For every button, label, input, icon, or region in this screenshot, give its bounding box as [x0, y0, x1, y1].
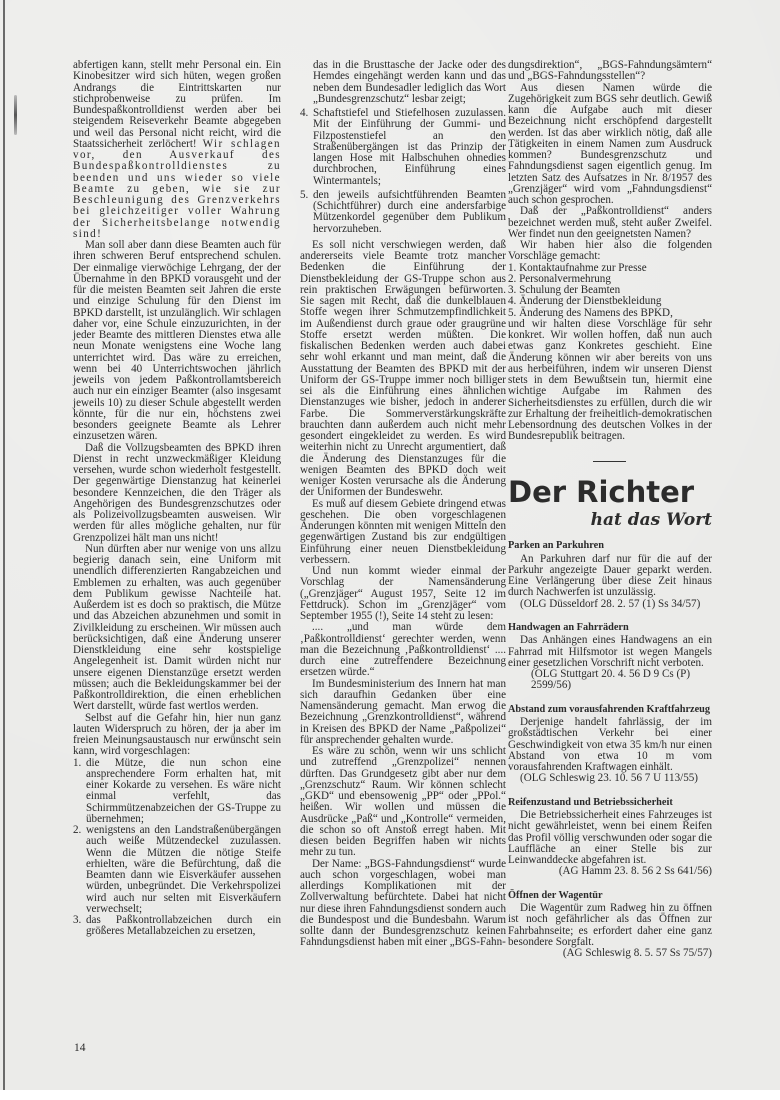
- left-column: abfertigen kann, stellt mehr Personal ei…: [73, 60, 281, 938]
- list-item: 2.wenigstens an den Landstraßenübergänge…: [73, 825, 281, 915]
- list-text: das in die Brusttasche der Jacke oder de…: [313, 59, 506, 105]
- summary-item: 4. Änderung der Dienstbekleidung: [508, 296, 712, 307]
- case-heading: Parken an Parkuhren: [508, 540, 712, 552]
- list-text: die Mütze, die nun schon eine ansprechen…: [86, 757, 281, 825]
- middle-column: das in die Brusttasche der Jacke oder de…: [300, 60, 506, 949]
- list-item: 1.die Mütze, die nun schon eine ansprech…: [73, 758, 281, 826]
- proposal-list-continued: das in die Brusttasche der Jacke oder de…: [300, 60, 506, 235]
- list-text: den jeweils aufsichtführenden Beamten (S…: [313, 189, 506, 235]
- paragraph: Selbst auf die Gefahr hin, hier nun ganz…: [73, 713, 281, 758]
- paragraph: Der Name: „BGS-Fahndungsdienst“ wurde au…: [300, 859, 506, 949]
- section-title: Der Richter: [508, 476, 712, 508]
- paragraph: dungsdirektion“, „BGS-Fahndungsämtern“ u…: [508, 60, 712, 83]
- paragraph: Es soll nicht verschwiegen werden, daß a…: [300, 240, 506, 499]
- list-text: das Paßkontrollabzeichen durch ein größe…: [86, 914, 281, 937]
- case-citation: (OLG Stuttgart 20. 4. 56 D 9 Cs (P) 2599…: [508, 669, 712, 692]
- court-case: Abstand zum vorausfahrenden Kraftfahrzeu…: [508, 704, 712, 785]
- list-text: wenigstens an den Landstraßenübergängen …: [86, 824, 281, 915]
- list-number: 3.: [73, 915, 81, 926]
- section-divider: [593, 461, 626, 463]
- emphasized-demand: Wir schlagen vor, den Ausverkauf des Bun…: [73, 138, 281, 240]
- case-text: An Parkuhren darf nur für die auf der Pa…: [508, 554, 712, 599]
- case-citation: (AG Hamm 23. 8. 56 2 Ss 641/56): [508, 866, 712, 877]
- paragraph: Wir haben hier also die folgenden Vorsch…: [508, 240, 712, 263]
- page-number: 14: [74, 1042, 86, 1054]
- list-number: 2.: [73, 825, 81, 836]
- page-binding-edge: [3, 0, 5, 1090]
- case-text: Die Betriebssicherheit eines Fahrzeuges …: [508, 810, 712, 866]
- case-text: Das Anhängen eines Handwagens an ein Fah…: [508, 635, 712, 669]
- paragraph: Daß der „Paßkontrolldienst“ anders bezei…: [508, 206, 712, 240]
- paragraph: Im Bundesministerium des Innern hat man …: [300, 679, 506, 747]
- case-citation: (OLG Schleswig 23. 10. 56 7 U 113/55): [508, 773, 712, 784]
- court-case: Handwagen an Fahrrädern Das Anhängen ein…: [508, 622, 712, 692]
- list-item-continued: das in die Brusttasche der Jacke oder de…: [300, 60, 506, 105]
- list-item: 5.den jeweils aufsichtführenden Beamten …: [300, 190, 506, 235]
- list-number: 1.: [73, 758, 81, 769]
- paragraph: Man soll aber dann diese Beamten auch fü…: [73, 240, 281, 443]
- paragraph: Aus diesen Namen würde die Zugehörigkeit…: [508, 83, 712, 207]
- section-subtitle: hat das Wort: [508, 510, 712, 530]
- case-text: Derjenige handelt fahrlässig, der im gro…: [508, 717, 712, 773]
- paragraph: und wir halten diese Vorschläge für sehr…: [508, 319, 712, 443]
- paragraph-text: abfertigen kann, stellt mehr Personal ei…: [73, 59, 281, 150]
- case-heading: Reifenzustand und Betriebssicherheit: [508, 797, 712, 809]
- court-case: Reifenzustand und Betriebssicherheit Die…: [508, 797, 712, 878]
- list-item: 3.das Paßkontrollabzeichen durch ein grö…: [73, 915, 281, 938]
- paragraph: Es muß auf diesem Gebiete dringend etwas…: [300, 499, 506, 567]
- case-heading: Handwagen an Fahrrädern: [508, 622, 712, 634]
- case-citation: (OLG Düsseldorf 28. 2. 57 (1) Ss 34/57): [508, 599, 712, 610]
- margin-pencil-mark: [14, 95, 17, 135]
- list-item: 4.Schaftstiefel und Stiefelhosen zuzulas…: [300, 108, 506, 187]
- case-heading: Öffnen der Wagentür: [508, 890, 712, 902]
- paragraph: Nun dürften aber nur wenige von uns allz…: [73, 544, 281, 713]
- quotation: .... „und man würde dem ‚Paßkontrolldien…: [300, 622, 506, 678]
- list-number: 4.: [300, 108, 308, 119]
- list-text: Schaftstiefel und Stiefelhosen zuzulasse…: [313, 107, 506, 187]
- right-column: dungsdirektion“, „BGS-Fahndungsämtern“ u…: [508, 60, 712, 971]
- case-text: Die Wagentür zum Radweg hin zu öffnen is…: [508, 903, 712, 948]
- summary-list: 1. Kontaktaufnahme zur Presse 2. Persona…: [508, 263, 712, 319]
- proposal-list: 1.die Mütze, die nun schon eine ansprech…: [73, 758, 281, 938]
- court-case: Öffnen der Wagentür Die Wagentür zum Rad…: [508, 890, 712, 960]
- case-heading: Abstand zum vorausfahrenden Kraftfahrzeu…: [508, 704, 712, 716]
- court-case: Parken an Parkuhren An Parkuhren darf nu…: [508, 540, 712, 610]
- scan-bottom-edge: [0, 1090, 780, 1100]
- paragraph: abfertigen kann, stellt mehr Personal ei…: [73, 60, 281, 240]
- case-citation: (AG Schleswig 8. 5. 57 Ss 75/57): [508, 948, 712, 959]
- paragraph: Es wäre zu schön, wenn wir uns schlicht …: [300, 746, 506, 859]
- list-number: 5.: [300, 190, 308, 201]
- paragraph: Daß die Vollzugsbeamten des BPKD ihren D…: [73, 443, 281, 544]
- paragraph: Und nun kommt wieder einmal der Vorschla…: [300, 566, 506, 622]
- scanned-page: abfertigen kann, stellt mehr Personal ei…: [0, 0, 780, 1100]
